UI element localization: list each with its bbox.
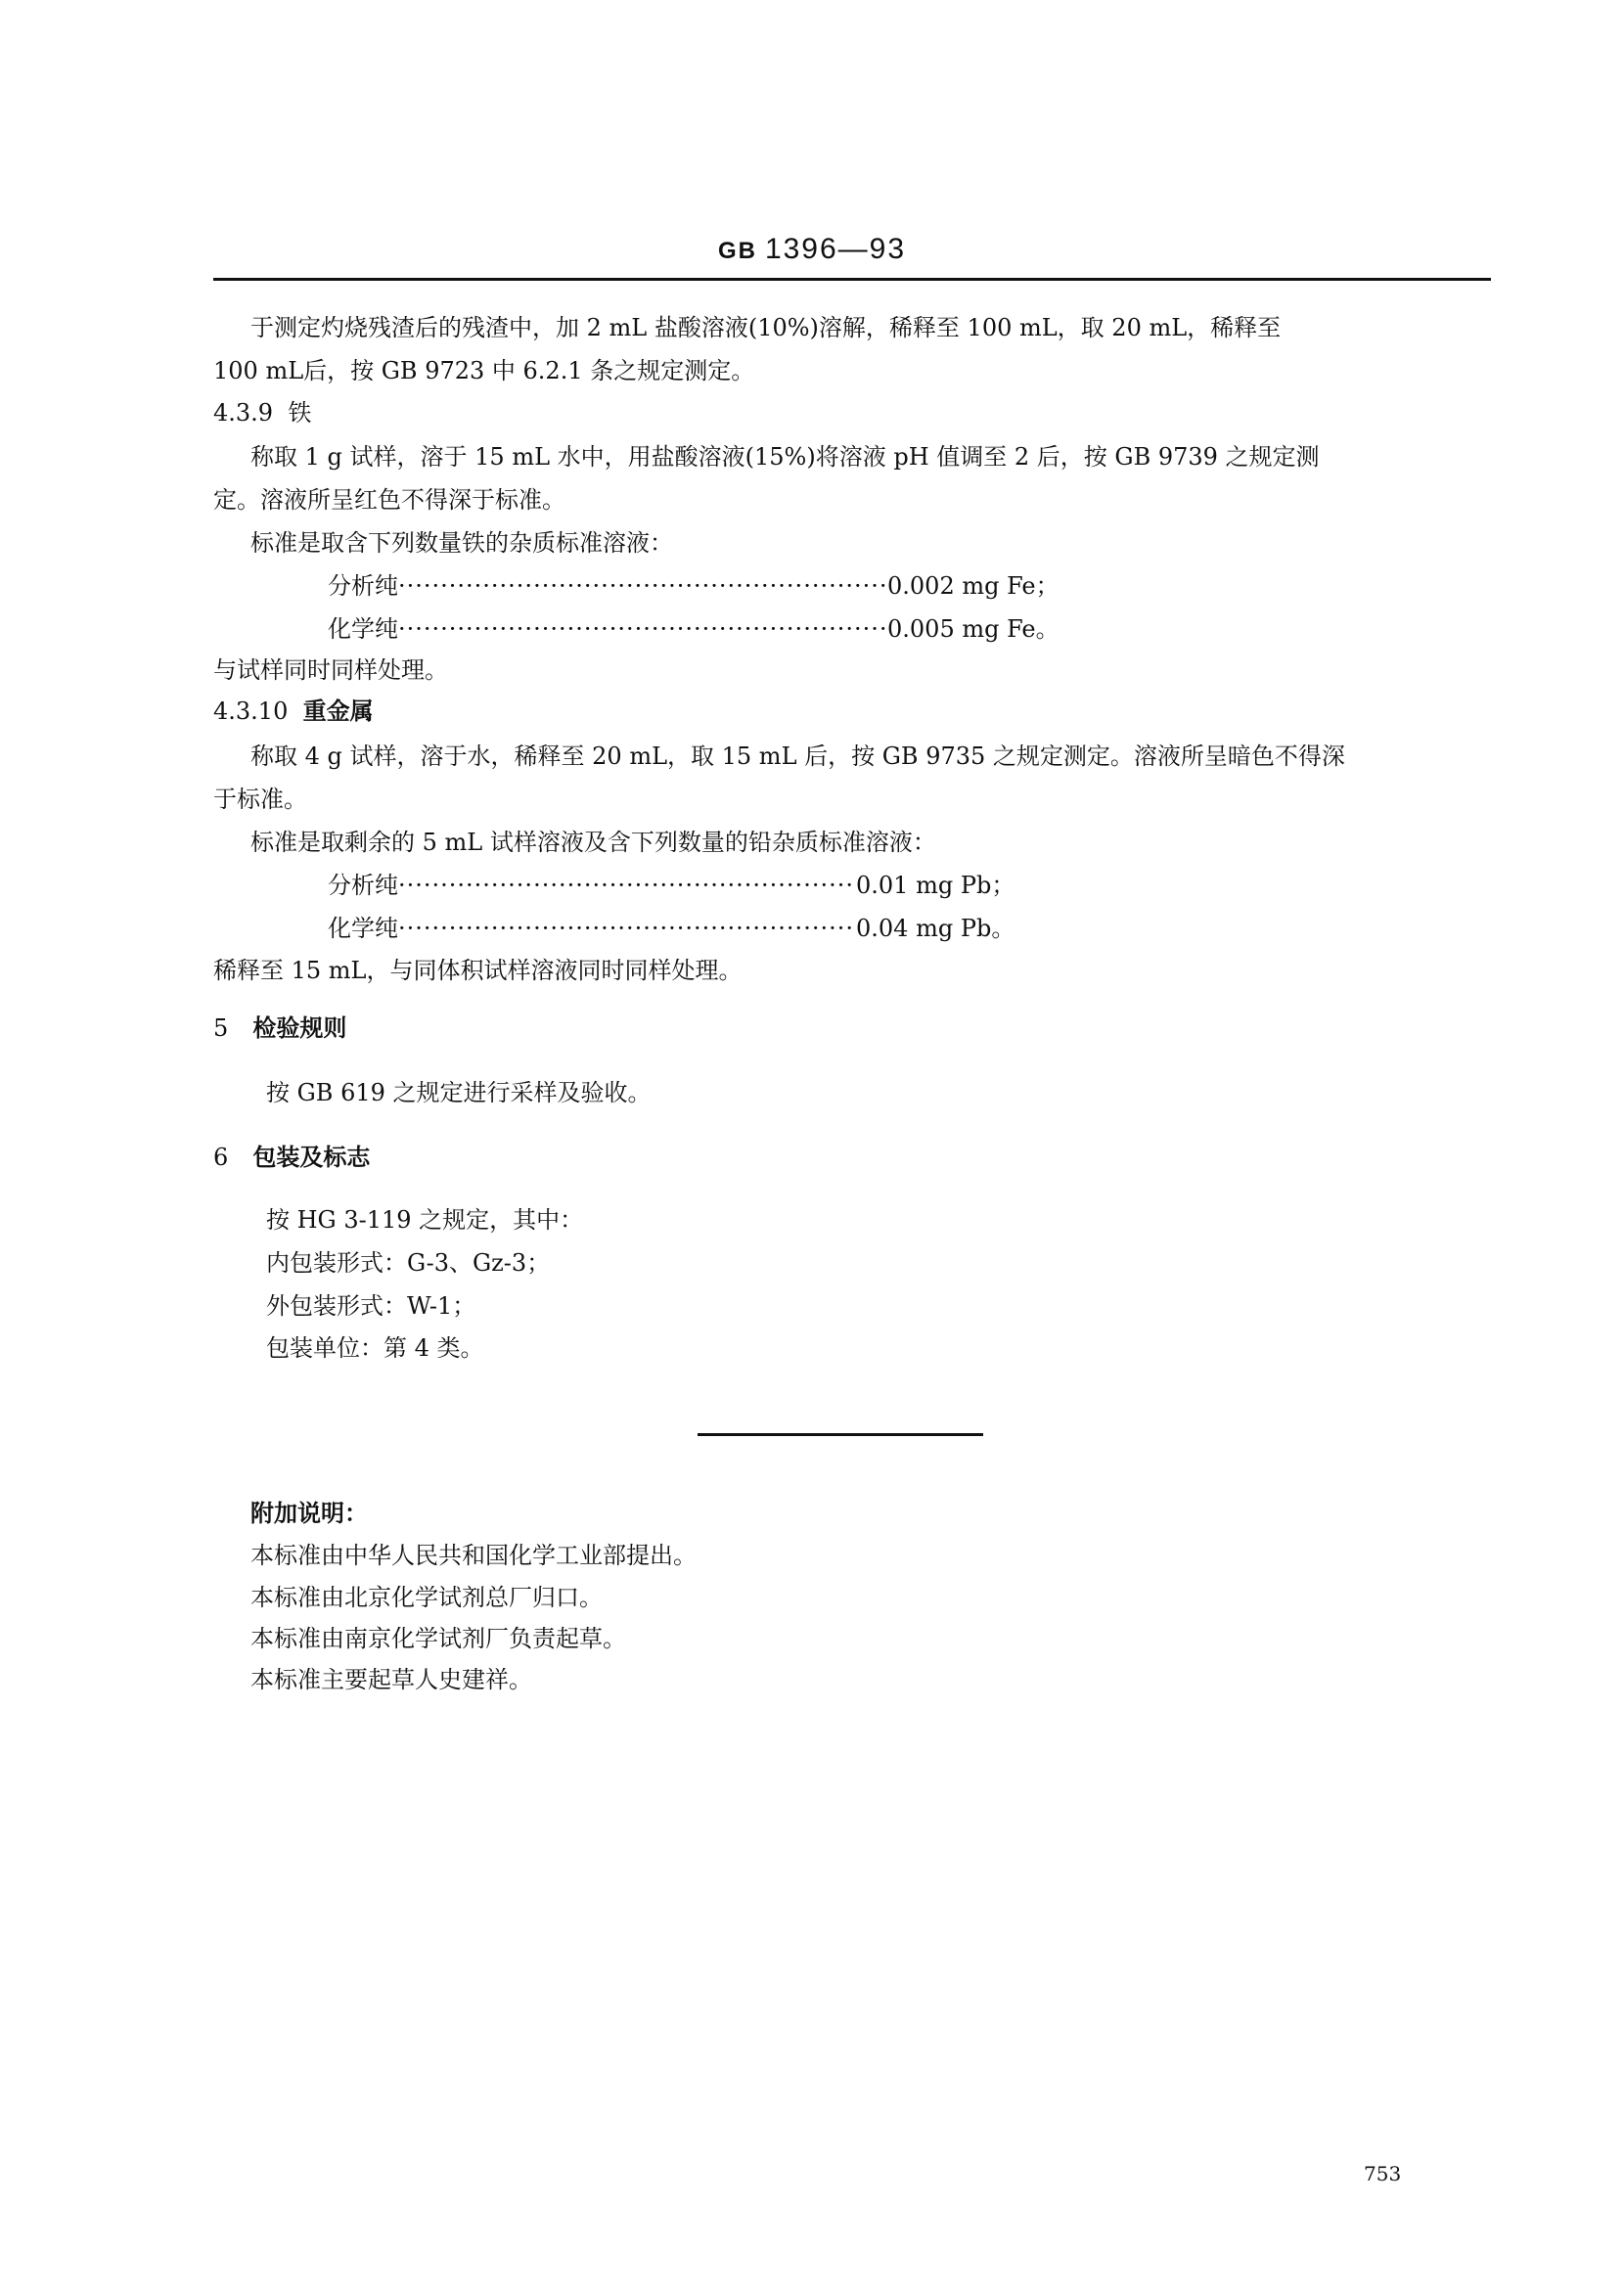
grade-label: 化学纯 — [328, 914, 398, 943]
closing-line: 稀释至 15 mL，与同体积试样溶液同时同样处理。 — [213, 956, 743, 985]
grade-value: 0.04 mg Pb。 — [856, 914, 1015, 943]
section-number: 5 — [213, 1014, 228, 1042]
leader-dots: ········································… — [398, 871, 856, 900]
section-number: 4.3.9 — [213, 399, 273, 427]
section-4-3-10-heading: 4.3.10 重金属 — [213, 697, 374, 726]
packaging-line: 包装单位：第 4 类。 — [266, 1333, 484, 1363]
section-title: 重金属 — [303, 697, 374, 725]
section-4-3-9-heading: 4.3.9 铁 — [213, 398, 311, 427]
section-5-heading: 5 检验规则 — [213, 1013, 346, 1043]
notes-line: 本标准由中华人民共和国化学工业部提出。 — [250, 1541, 697, 1570]
closing-line: 与试样同时同样处理。 — [213, 655, 448, 685]
packaging-line: 外包装形式：W-1； — [266, 1291, 475, 1321]
paragraph-line: 于标准。 — [213, 785, 307, 814]
header-rule — [213, 278, 1491, 281]
section-6-heading: 6 包装及标志 — [213, 1143, 370, 1172]
intro-line-1: 于测定灼烧残渣后的残渣中，加 2 mL 盐酸溶液(10%)溶解，稀释至 100 … — [250, 313, 1281, 342]
section-title: 铁 — [288, 399, 311, 427]
paragraph-line: 称取 4 g 试样，溶于水，稀释至 20 mL，取 15 mL 后，按 GB 9… — [250, 742, 1345, 771]
paragraph-line: 按 GB 619 之规定进行采样及验收。 — [266, 1078, 652, 1107]
packaging-line: 内包装形式：G-3、Gz-3； — [266, 1248, 550, 1278]
notes-title: 附加说明： — [250, 1499, 368, 1528]
notes-line: 本标准由北京化学试剂总厂归口。 — [250, 1583, 603, 1612]
intro-line-2: 100 mL后，按 GB 9723 中 6.2.1 条之规定测定。 — [213, 356, 754, 385]
standard-intro: 标准是取含下列数量铁的杂质标准溶液： — [250, 528, 673, 558]
section-title: 包装及标志 — [252, 1143, 370, 1171]
paragraph-line: 称取 1 g 试样，溶于 15 mL 水中，用盐酸溶液(15%)将溶液 pH 值… — [250, 442, 1320, 472]
leader-dots: ········································… — [398, 571, 887, 601]
standard-intro: 标准是取剩余的 5 mL 试样溶液及含下列数量的铅杂质标准溶液： — [250, 828, 936, 857]
page-number: 753 — [1364, 2162, 1401, 2185]
notes-line: 本标准主要起草人史建祥。 — [250, 1665, 532, 1694]
standard-prefix: GB — [718, 238, 757, 264]
page-header: GB1396—93 — [0, 233, 1624, 266]
section-title: 检验规则 — [252, 1013, 346, 1042]
section-number: 6 — [213, 1144, 228, 1171]
grade-row: 化学纯 ····································… — [328, 614, 1060, 644]
notes-line: 本标准由南京化学试剂厂负责起草。 — [250, 1624, 626, 1653]
grade-label: 分析纯 — [328, 571, 398, 601]
leader-dots: ········································… — [398, 614, 887, 644]
standard-code: 1396—93 — [765, 233, 906, 265]
grade-label: 化学纯 — [328, 614, 398, 644]
section-number: 4.3.10 — [213, 697, 288, 725]
packaging-line: 按 HG 3-119 之规定，其中： — [266, 1205, 583, 1235]
grade-row: 化学纯 ····································… — [328, 914, 1015, 943]
end-rule — [698, 1433, 983, 1436]
leader-dots: ········································… — [398, 914, 856, 943]
grade-label: 分析纯 — [328, 871, 398, 900]
grade-row: 分析纯 ····································… — [328, 571, 1060, 601]
grade-value: 0.01 mg Pb； — [856, 871, 1015, 900]
grade-value: 0.005 mg Fe。 — [887, 614, 1060, 644]
grade-row: 分析纯 ····································… — [328, 871, 1015, 900]
paragraph-line: 定。溶液所呈红色不得深于标准。 — [213, 485, 565, 515]
grade-value: 0.002 mg Fe； — [887, 571, 1060, 601]
